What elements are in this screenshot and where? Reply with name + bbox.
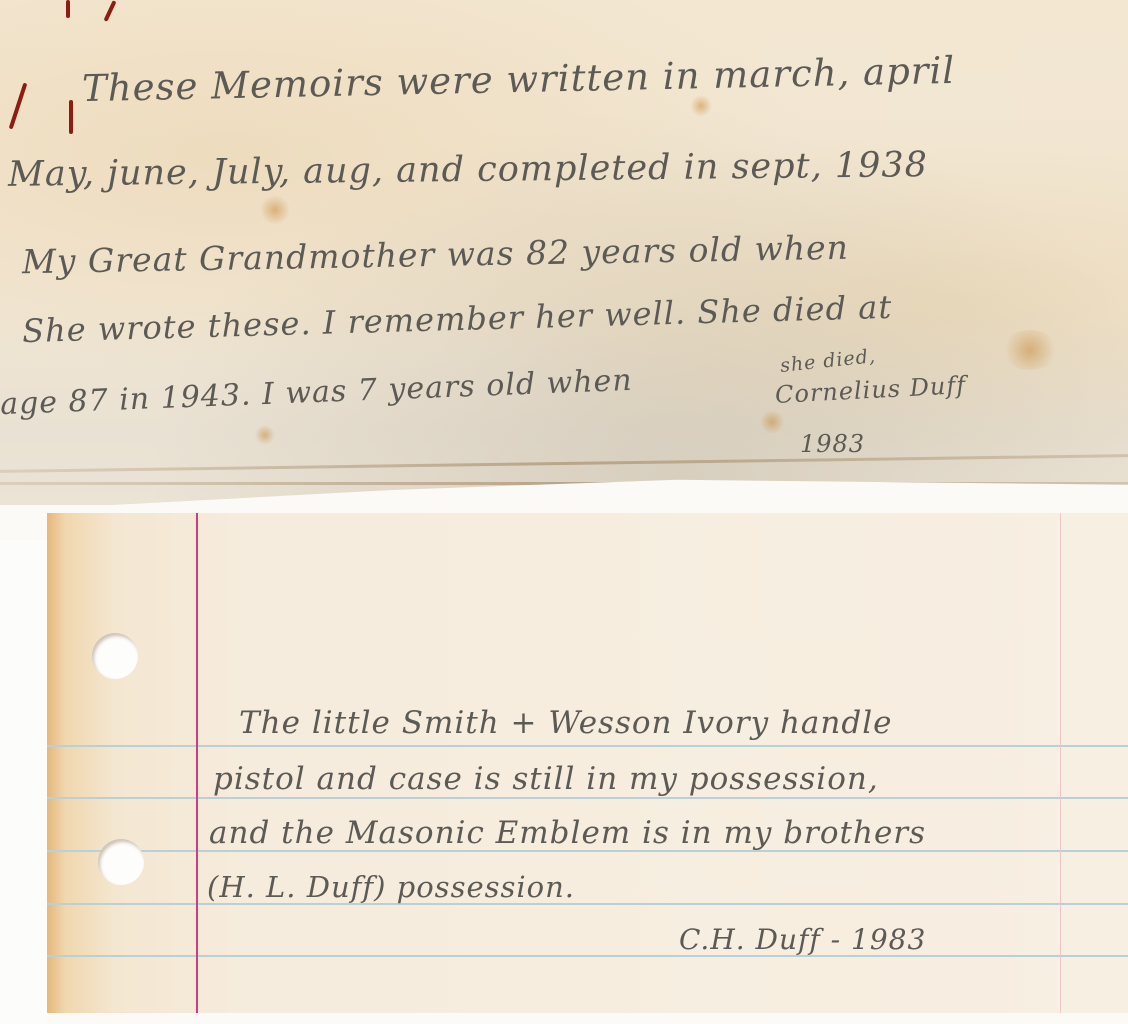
right-margin-line xyxy=(1060,513,1061,1013)
aged-memoir-sheet: These Memoirs were written in march, apr… xyxy=(0,0,1128,505)
ruled-notebook-sheet: The little Smith + Wesson Ivory handle p… xyxy=(47,513,1128,1013)
margin-line xyxy=(196,513,198,1013)
age-stain xyxy=(260,195,290,225)
note-line-4: (H. L. Duff) possession. xyxy=(207,870,575,904)
age-stain xyxy=(1000,330,1060,370)
memoir-line-3: My Great Grandmother was 82 years old wh… xyxy=(22,228,849,281)
paper-fold xyxy=(0,454,1128,473)
age-stain xyxy=(760,410,784,434)
background-surface xyxy=(0,540,47,1024)
rule-line xyxy=(47,955,1128,957)
note-line-2: pistol and case is still in my possessio… xyxy=(213,761,879,797)
age-stain xyxy=(690,95,712,117)
rule-line xyxy=(47,745,1128,747)
red-ink-mark xyxy=(9,83,28,130)
memoir-line-5: age 87 in 1943. I was 7 years old when xyxy=(0,363,633,422)
paper-fold xyxy=(0,482,1128,485)
rule-line xyxy=(47,797,1128,799)
memoir-line-1: These Memoirs were written in march, apr… xyxy=(82,49,956,110)
punch-hole xyxy=(98,839,144,885)
memoir-year: 1983 xyxy=(800,430,865,458)
memoir-line-2: May, june, July, aug, and completed in s… xyxy=(8,145,928,195)
memoir-line-4: She wrote these. I remember her well. Sh… xyxy=(22,288,893,350)
red-ink-mark xyxy=(104,0,117,22)
note-line-3: and the Masonic Emblem is in my brothers xyxy=(209,815,926,851)
memoir-signature: Cornelius Duff xyxy=(774,371,966,409)
age-stain xyxy=(255,425,275,445)
punch-hole xyxy=(92,633,138,679)
red-ink-mark xyxy=(66,0,70,18)
memoir-insert: she died, xyxy=(779,345,877,377)
red-ink-mark xyxy=(69,100,73,134)
note-line-1: The little Smith + Wesson Ivory handle xyxy=(239,705,892,741)
note-signature: C.H. Duff - 1983 xyxy=(679,923,926,956)
